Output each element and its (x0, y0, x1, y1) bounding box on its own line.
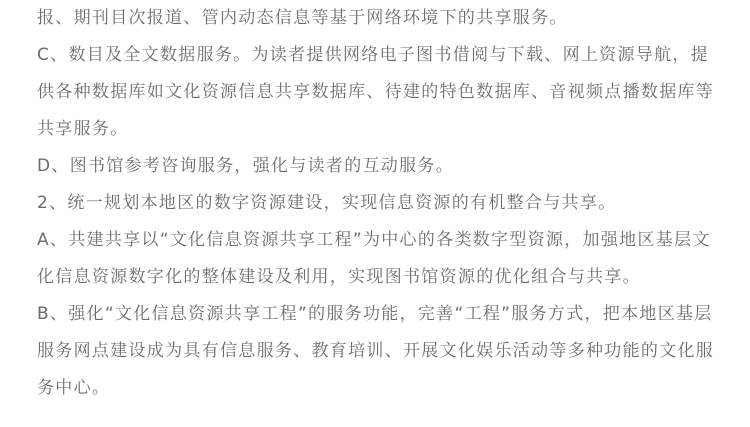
document-body: 报、期刊目次报道、管内动态信息等基于网络环境下的共享服务。 C、数目及全文数据服… (37, 0, 717, 407)
paragraph-2-resource-planning: 2、统一规划本地区的数字资源建设，实现信息资源的有机整合与共享。 (37, 185, 717, 222)
paragraph-d-reference-services: D、图书馆参考咨询服务，强化与读者的互动服务。 (37, 148, 717, 185)
paragraph-b-service-function: B、强化“文化信息资源共享工程”的服务功能，完善“工程”服务方式，把本地区基层服… (37, 296, 717, 407)
paragraph-c-fulltext-services: C、数目及全文数据服务。为读者提供网络电子图书借阅与下载、网上资源导航，提供各种… (37, 37, 717, 148)
paragraph-a-co-construction: A、共建共享以“文化信息资源共享工程”为中心的各类数字型资源，加强地区基层文化信… (37, 222, 717, 296)
paragraph-services-continued: 报、期刊目次报道、管内动态信息等基于网络环境下的共享服务。 (37, 0, 717, 37)
